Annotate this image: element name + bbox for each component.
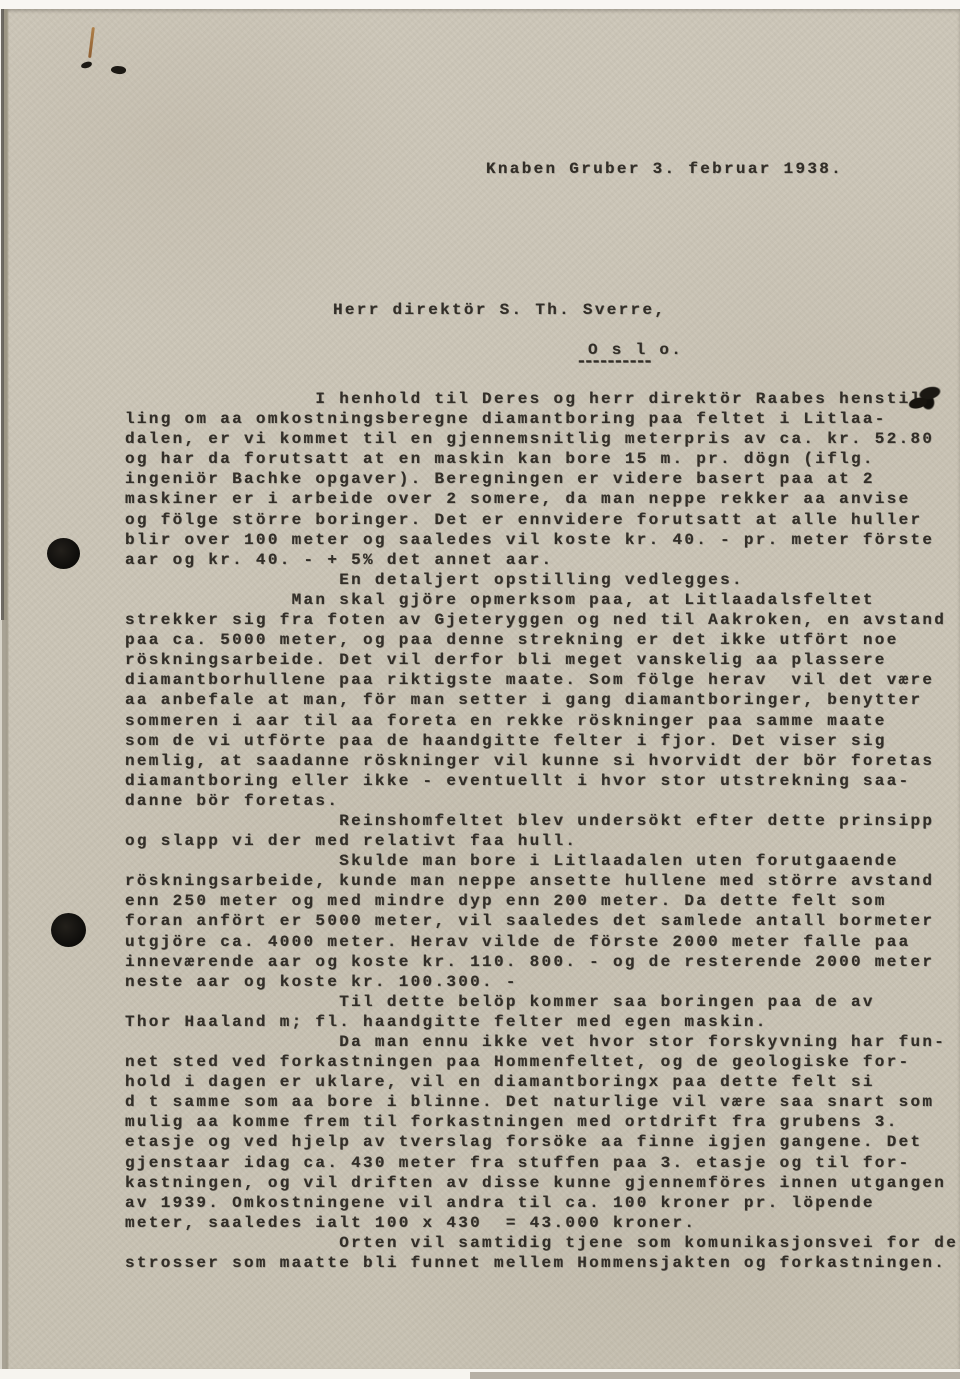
punch-hole-bottom bbox=[51, 913, 86, 947]
letter-body: I henhold til Deres og herr direktör Raa… bbox=[125, 389, 958, 1273]
date-line: Knaben Gruber 3. februar 1938. bbox=[486, 160, 843, 178]
scanner-bottom-patch bbox=[470, 1372, 960, 1379]
city-underline: ---------- bbox=[576, 352, 650, 372]
recipient-line: Herr direktör S. Th. Sverre, bbox=[333, 301, 666, 319]
scanned-letter-page: Knaben Gruber 3. februar 1938. Herr dire… bbox=[0, 0, 960, 1379]
paper-left-edge-fade bbox=[0, 620, 9, 1369]
punch-hole-top bbox=[47, 538, 80, 569]
